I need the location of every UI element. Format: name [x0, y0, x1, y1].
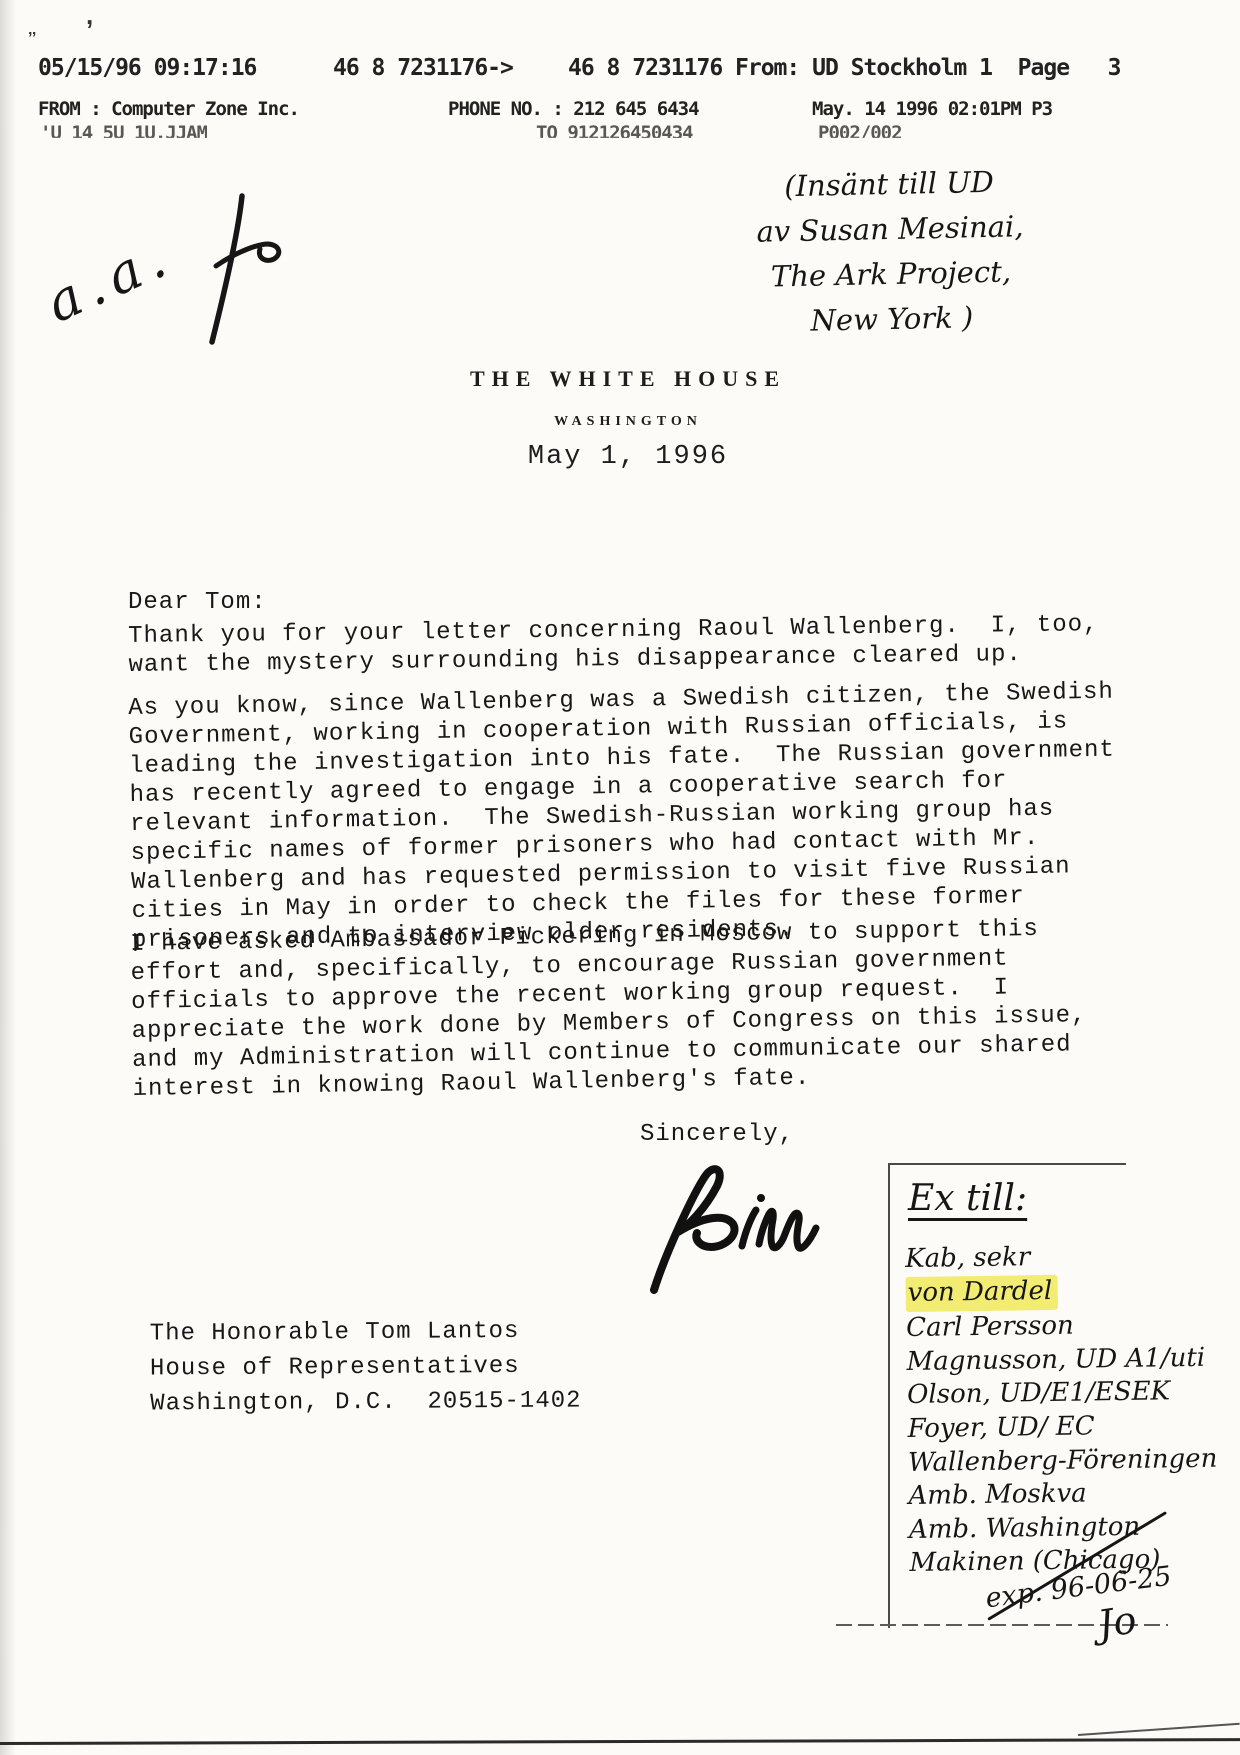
ex-till-item: Kab, sekr [905, 1238, 1240, 1276]
letter-date: May 1, 1996 [328, 442, 928, 472]
handwritten-paraph-mark [178, 190, 293, 350]
letterhead-title: THE WHITE HOUSE [328, 366, 928, 392]
paragraph-1: Thank you for your letter concerning Rao… [128, 610, 1099, 680]
paragraph-2: As you know, since Wallenberg was a Swed… [128, 678, 1118, 955]
fax-from: FROM : Computer Zone Inc. [38, 98, 299, 120]
closing: Sincerely, [640, 1120, 794, 1149]
scanned-fax-page: , ’’ 05/15/96 09:17:16 46 8 7231176-> 46… [0, 0, 1240, 1755]
routing-note-line: New York ) [719, 293, 1065, 345]
fax-datestamp: May. 14 1996 02:01PM P3 [812, 98, 1052, 120]
salutation: Dear Tom: [128, 588, 267, 617]
fax-routing-line: 46 8 7231176 From: UD Stockholm 1 Page 3 [568, 55, 1120, 81]
handwritten-routing-note: (Insänt till UD av Susan Mesinai, The Ar… [716, 158, 1065, 345]
scan-edge-fork [1078, 1723, 1240, 1736]
letterhead-subtitle: WASHINGTON [328, 414, 928, 430]
fax-phone: PHONE NO. : 212 645 6434 [448, 98, 699, 120]
ex-till-item: Magnusson, UD A1/uti [906, 1341, 1240, 1379]
fax-cutoff-left: 'U 14 5U 1U.JJAM [40, 122, 207, 144]
ex-till-item: Olson, UD/E1/ESEK [907, 1375, 1240, 1413]
signature-bill [638, 1162, 828, 1302]
routing-box-left-border [888, 1163, 890, 1628]
scan-edge-shadow [0, 0, 16, 1755]
routing-note-line: av Susan Mesinai, [717, 203, 1063, 255]
routing-box-top-border [888, 1163, 1126, 1165]
ex-till-item: Amb. Moskva [908, 1475, 1240, 1513]
ex-till-item: Amb. Washington [909, 1509, 1240, 1547]
ex-till-heading: Ex till: [908, 1178, 1027, 1219]
scan-mark: , [86, 0, 93, 31]
recipient-address: The Honorable Tom Lantos House of Repres… [150, 1313, 582, 1421]
ex-till-list: Kab, sekr von Dardel Carl Persson Magnus… [905, 1238, 1240, 1581]
ex-till-item: Foyer, UD/ EC [907, 1408, 1240, 1446]
fax-cutoff-page: P002/002 [818, 122, 902, 144]
scan-mark: ’’ [28, 30, 36, 48]
jo-initials: Jo [1095, 1598, 1139, 1647]
routing-note-line: The Ark Project, [718, 248, 1064, 300]
ex-till-item: Carl Persson [906, 1307, 1240, 1345]
paragraph-3: I have asked Ambassador Pickering in Mos… [130, 914, 1088, 1104]
ex-till-item-highlighted: von Dardel [905, 1274, 1058, 1312]
routing-note-line: (Insänt till UD [716, 158, 1062, 210]
handwritten-aa-note: a.a. [37, 224, 182, 335]
fax-timestamp: 05/15/96 09:17:16 [38, 55, 256, 81]
fax-cutoff-to: TO 912126450434 [536, 122, 693, 144]
ex-till-item: Wallenberg-Föreningen [908, 1442, 1240, 1480]
scan-edge-line [0, 1738, 1240, 1745]
fax-sender-number: 46 8 7231176-> [333, 55, 513, 81]
